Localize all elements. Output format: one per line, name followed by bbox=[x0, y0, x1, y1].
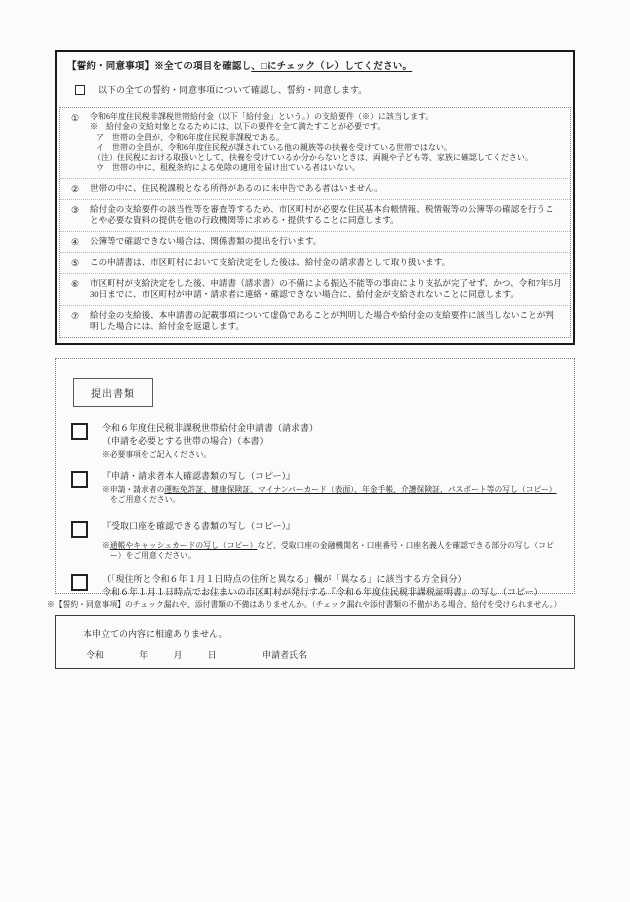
applicant-name-label: 申請者氏名 bbox=[262, 650, 307, 660]
month-label: 月 bbox=[174, 650, 183, 660]
pledge-consent-section: 【誓約・同意事項】※全ての項目を確認し、□にチェック（レ）してください。 以下の… bbox=[55, 50, 575, 345]
pledge-item-6: ⑥ 市区町村が支給決定をした後、申請書（請求書）の不備による振込不能等の事由によ… bbox=[60, 273, 570, 305]
submission-documents-section: 提出書類 令和６年度住民税非課税世帯給付金申請書（請求書） （申請を必要とする世… bbox=[55, 358, 575, 594]
day-label: 日 bbox=[208, 650, 217, 660]
pledge-item-3-text: 給付金の支給要件の該当性等を審査等するため、市区町村が必要な住民基本台帳情報、税… bbox=[90, 200, 570, 231]
pledge-title-text: 【誓約・同意事項】※全ての項目を確認し bbox=[67, 62, 251, 72]
document-item-application: 令和６年度住民税非課税世帯給付金申請書（請求書） （申請を必要とする世帯の場合）… bbox=[71, 422, 560, 461]
note-suffix: をご用意ください。 bbox=[110, 495, 180, 504]
document-item-bank-account: 『受取口座を確認できる書類の写し（コピー）』 ※通帳やキャッシュカードの写し（コ… bbox=[71, 520, 560, 562]
pledge-item-7-text: 給付金の支給後、本申請書の記載事項について虚偽であることが判明した場合や給付金の… bbox=[90, 306, 570, 337]
document-item-application-text: 令和６年度住民税非課税世帯給付金申請書（請求書） （申請を必要とする世帯の場合）… bbox=[102, 422, 560, 461]
tax-certificate-checkbox[interactable] bbox=[71, 574, 88, 591]
pledge-item-5-text: この申請書は、市区町村において支給決定をした後は、給付金の請求書として取り扱いま… bbox=[90, 253, 570, 273]
document-title: 『申請・請求者本人確認書類の写し（コピー）』 bbox=[102, 470, 560, 483]
document-title: （「現住所と令和６年１月１日時点の住所と異なる」欄が「異なる」に該当する方全員分… bbox=[102, 573, 560, 586]
pledge-agree-label: 以下の全ての誓約・同意事項について確認し、誓約・同意します。 bbox=[98, 83, 367, 96]
identity-document-checkbox[interactable] bbox=[71, 471, 88, 488]
pledge-item-2-number: ② bbox=[60, 179, 90, 199]
pledge-item-2-text: 世帯の中に、住民税課税となる所得があるのに未申告である者はいません。 bbox=[90, 179, 570, 199]
document-note: ※必要事項をご記入ください。 bbox=[102, 450, 560, 461]
application-form-checkbox[interactable] bbox=[71, 423, 88, 440]
pledge-item-1-number: ① bbox=[60, 108, 90, 178]
declaration-date-row: 令和 年 月 日 申請者氏名 bbox=[86, 648, 574, 661]
submission-documents-title: 提出書類 bbox=[73, 378, 153, 407]
pledge-item-1-line: （注）住民税における取扱いとして、扶養を受けているか分からないときは、両親や子ど… bbox=[90, 153, 564, 163]
application-form-page: 【誓約・同意事項】※全ての項目を確認し、□にチェック（レ）してください。 以下の… bbox=[0, 0, 630, 902]
pledge-item-1: ① 令和6年度住民税非課税世帯給付金（以下「給付金」という。）の支給要件（※）に… bbox=[60, 108, 570, 178]
document-title: （申請を必要とする世帯の場合）（本書） bbox=[102, 435, 560, 448]
pledge-item-4-text: 公簿等で確認できない場合は、関係書類の提出を行います。 bbox=[90, 232, 570, 252]
document-title: 令和６年１月１日時点でお住まいの市区町村が発行する『令和６年度住民税非課税証明書… bbox=[102, 586, 560, 599]
pledge-item-1-line: ア 世帯の全員が、令和6年度住民税非課税である。 bbox=[90, 133, 564, 143]
pledge-item-1-text: 令和6年度住民税非課税世帯給付金（以下「給付金」という。）の支給要件（※）に該当… bbox=[90, 108, 570, 178]
pledge-item-1-line: 令和6年度住民税非課税世帯給付金（以下「給付金」という。）の支給要件（※）に該当… bbox=[90, 112, 564, 122]
pledge-section-title: 【誓約・同意事項】※全ての項目を確認し、□にチェック（レ）してください。 bbox=[67, 58, 563, 72]
document-item-identity-text: 『申請・請求者本人確認書類の写し（コピー）』 ※申請・請求者の運転免許証、健康保… bbox=[102, 470, 560, 506]
declaration-section: 本申立ての内容に相違ありません。 令和 年 月 日 申請者氏名 bbox=[55, 615, 575, 669]
bank-account-document-checkbox[interactable] bbox=[71, 521, 88, 538]
document-item-tax-certificate-text: （「現住所と令和６年１月１日時点の住所と異なる」欄が「異なる」に該当する方全員分… bbox=[102, 573, 560, 599]
note-prefix: ※申請・請求者の bbox=[102, 485, 164, 494]
document-note: ※申請・請求者の運転免許証、健康保険証、マイナンバーカード（表面）、年金手帳、介… bbox=[102, 485, 560, 506]
year-label: 年 bbox=[139, 650, 148, 660]
note-prefix: ※ bbox=[102, 541, 110, 550]
note-underlined: 通帳やキャッシュカードの写し（コピー） bbox=[110, 541, 258, 550]
document-title: 令和６年度住民税非課税世帯給付金申請書（請求書） bbox=[102, 422, 560, 435]
pledge-item-4-number: ④ bbox=[60, 232, 90, 252]
pledge-item-1-line: ※ 給付金の支給対象となるためには、以下の要件を全て満たすことが必要です。 bbox=[90, 122, 564, 132]
era-label: 令和 bbox=[86, 650, 104, 660]
pledge-item-6-number: ⑥ bbox=[60, 274, 90, 305]
document-title: 『受取口座を確認できる書類の写し（コピー）』 bbox=[102, 520, 560, 533]
pledge-agree-row: 以下の全ての誓約・同意事項について確認し、誓約・同意します。 bbox=[75, 83, 563, 96]
pledge-title-underlined-text: 、□にチェック（レ）してください。 bbox=[251, 62, 412, 72]
pledge-item-3-number: ③ bbox=[60, 200, 90, 231]
document-item-bank-account-text: 『受取口座を確認できる書類の写し（コピー）』 ※通帳やキャッシュカードの写し（コ… bbox=[102, 520, 560, 562]
document-item-identity: 『申請・請求者本人確認書類の写し（コピー）』 ※申請・請求者の運転免許証、健康保… bbox=[71, 470, 560, 506]
pledge-item-1-line: イ 世帯の全員が、令和6年度住民税が課されている他の親族等の扶養を受けている世帯… bbox=[90, 143, 564, 153]
note-underlined: 運転免許証、健康保険証、マイナンバーカード（表面）、年金手帳、介護保険証、パスポ… bbox=[164, 485, 556, 494]
check-omission-warning: ※【誓約・同意事項】のチェック漏れや、添付書類の不備はありませんか。（チェック漏… bbox=[47, 600, 587, 610]
document-note: ※通帳やキャッシュカードの写し（コピー）など、受取口座の金融機関名・口座番号・口… bbox=[102, 541, 560, 562]
pledge-item-6-text: 市区町村が支給決定をした後、申請書（請求書）の不備による振込不能等の事由により支… bbox=[90, 274, 570, 305]
pledge-item-4: ④ 公簿等で確認できない場合は、関係書類の提出を行います。 bbox=[60, 231, 570, 252]
declaration-statement: 本申立ての内容に相違ありません。 bbox=[83, 627, 574, 640]
pledge-item-2: ② 世帯の中に、住民税課税となる所得があるのに未申告である者はいません。 bbox=[60, 178, 570, 199]
pledge-item-7-number: ⑦ bbox=[60, 306, 90, 337]
pledge-item-5-number: ⑤ bbox=[60, 253, 90, 273]
pledge-items-table: ① 令和6年度住民税非課税世帯給付金（以下「給付金」という。）の支給要件（※）に… bbox=[59, 107, 571, 338]
pledge-item-1-line: ウ 世帯の中に、租税条約による免除の適用を届け出ている者はいない。 bbox=[90, 163, 564, 173]
pledge-item-3: ③ 給付金の支給要件の該当性等を審査等するため、市区町村が必要な住民基本台帳情報… bbox=[60, 199, 570, 231]
pledge-agree-checkbox[interactable] bbox=[75, 85, 85, 95]
pledge-item-7: ⑦ 給付金の支給後、本申請書の記載事項について虚偽であることが判明した場合や給付… bbox=[60, 305, 570, 337]
document-item-tax-certificate: （「現住所と令和６年１月１日時点の住所と異なる」欄が「異なる」に該当する方全員分… bbox=[71, 573, 560, 599]
pledge-item-5: ⑤ この申請書は、市区町村において支給決定をした後は、給付金の請求書として取り扱… bbox=[60, 252, 570, 273]
